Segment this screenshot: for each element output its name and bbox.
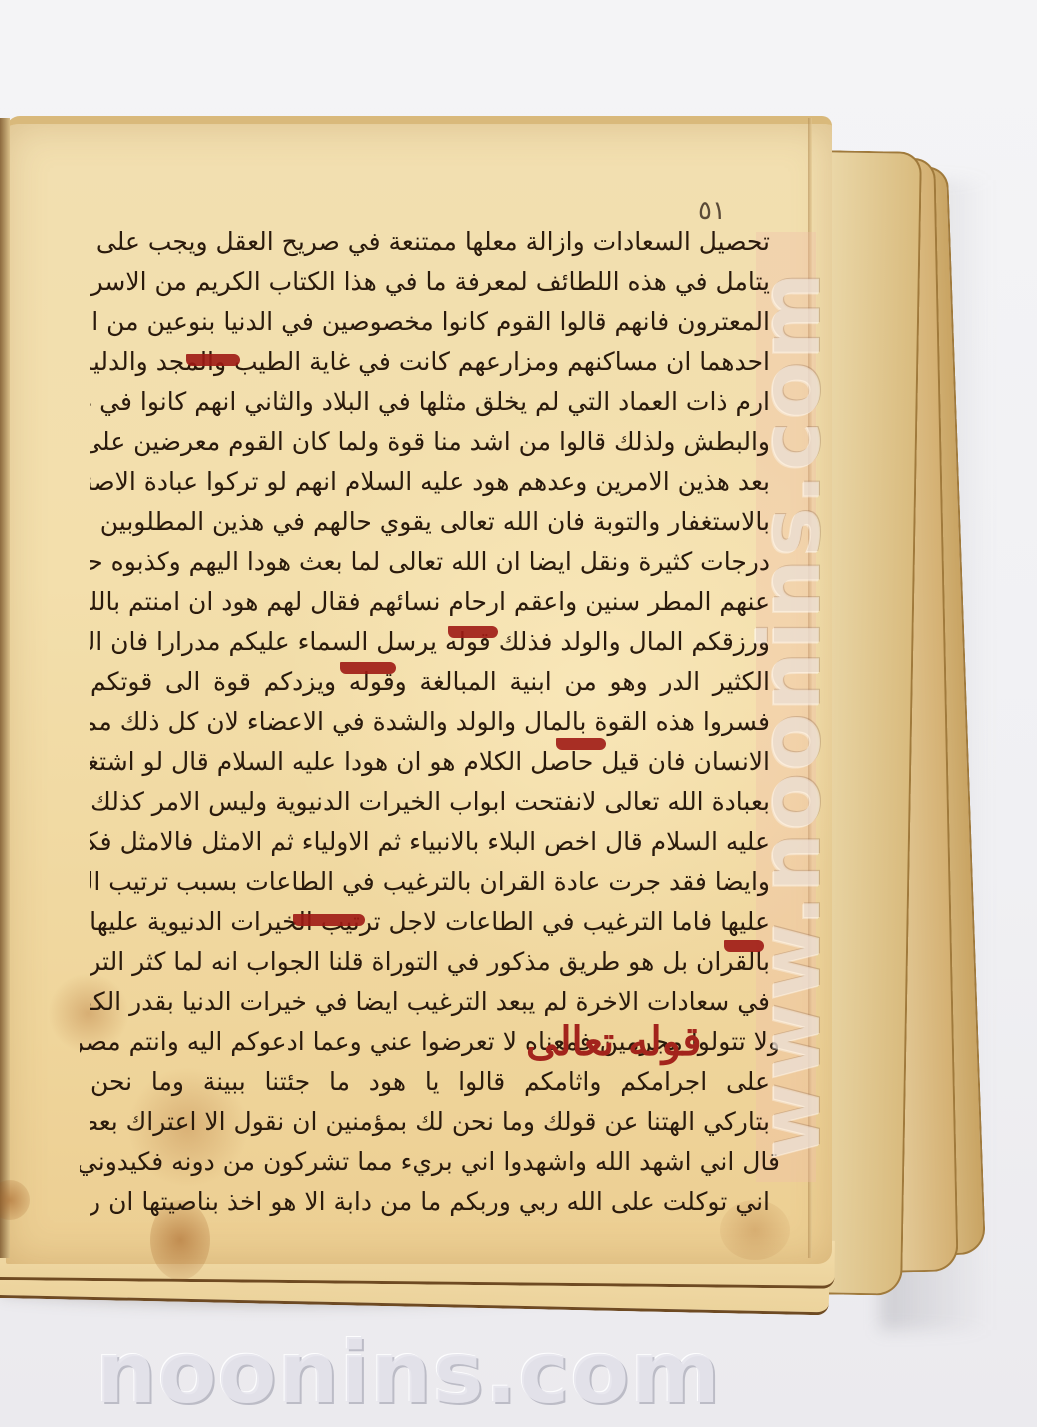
- text-line: يتامل في هذه اللطائف لمعرفة ما في هذا ال…: [90, 262, 770, 302]
- rubric-overline: [186, 354, 240, 366]
- text-line: عليه السلام قال اخص البلاء بالانبياء ثم …: [90, 822, 770, 862]
- text-line: بالقران بل هو طريق مذكور في التوراة قلنا…: [90, 942, 770, 982]
- text-line: في سعادات الاخرة لم يبعد الترغيب ايضا في…: [90, 982, 770, 1022]
- manuscript-photo: ٥١ تحصيل السعادات وازالة معلها ممتنعة في…: [0, 0, 1037, 1427]
- rubric-overline: [556, 738, 606, 750]
- text-line: اني توكلت على الله ربي وربكم ما من دابة …: [90, 1182, 770, 1222]
- text-line: المعترون فانهم قالوا القوم كانوا مخصوصين…: [90, 302, 770, 342]
- watermark-bottom: noonins.com: [95, 1328, 815, 1418]
- text-line: قال اني اشهد الله واشهدوا اني بريء مما ت…: [80, 1142, 780, 1182]
- text-line: بالاستغفار والتوبة فان الله تعالى يقوي ح…: [90, 502, 770, 542]
- text-line: والبطش ولذلك قالوا من اشد منا قوة ولما ك…: [90, 422, 770, 462]
- manuscript-text: تحصيل السعادات وازالة معلها ممتنعة في صر…: [90, 222, 770, 1222]
- text-line: الانسان فان قيل حاصل الكلام هو ان هودا ع…: [90, 742, 770, 782]
- rubric-overline: [340, 662, 396, 674]
- rubric-heading: قوله تعالى: [526, 1018, 702, 1065]
- text-line: بعبادة الله تعالى لانفتحت ابواب الخيرات …: [90, 782, 770, 822]
- rubric-overline: [293, 914, 365, 926]
- text-line: بعد هذين الامرين وعدهم هود عليه السلام ا…: [90, 462, 770, 502]
- book-spine: [0, 118, 10, 1258]
- text-line: درجات كثيرة ونقل ايضا ان الله تعالى لما …: [90, 542, 770, 582]
- text-line: ارم ذات العماد التي لم يخلق مثلها في الب…: [90, 382, 770, 422]
- text-line: بتاركي الهتنا عن قولك وما نحن لك بمؤمنين…: [90, 1102, 770, 1142]
- text-line: فسروا هذه القوة بالمال والولد والشدة في …: [90, 702, 770, 742]
- watermark-vertical: www.noonins.com: [740, 200, 840, 1160]
- rubric-overline: [448, 626, 498, 638]
- text-line: عنهم المطر سنين واعقم ارحام نسائهم فقال …: [90, 582, 770, 622]
- text-line: عليها فاما الترغيب في الطاعات لاجل ترتيب…: [90, 902, 770, 942]
- text-line: وايضا فقد جرت عادة القران بالترغيب في ال…: [90, 862, 770, 902]
- text-line: تحصيل السعادات وازالة معلها ممتنعة في صر…: [90, 222, 770, 262]
- text-line: الكثير الدر وهو من ابنية المبالغة وقوله …: [90, 662, 770, 702]
- text-line: على اجرامكم واثامكم قالوا يا هود ما جئتن…: [90, 1062, 770, 1102]
- text-line: ورزقكم المال والولد فذلك قوله يرسل السما…: [90, 622, 770, 662]
